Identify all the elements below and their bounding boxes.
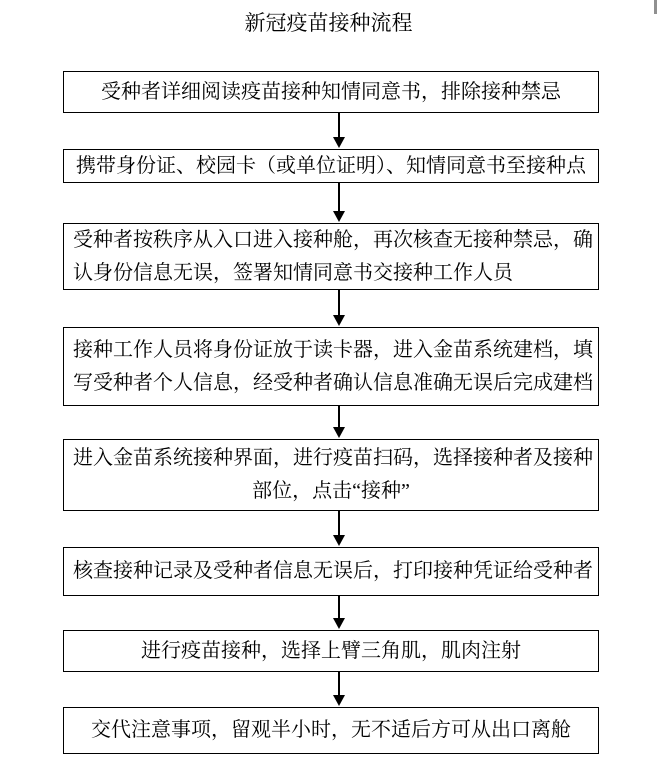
- flow-step-5-text-line-2: 部位，点击“接种”: [73, 475, 589, 508]
- flow-step-8-text: 交代注意事项，留观半小时，无不适后方可从出口离舱: [73, 714, 589, 747]
- flow-step-4-text-line-2: 写受种者个人信息，经受种者确认信息准确无误后完成建档: [73, 367, 589, 400]
- arrow-line: [338, 406, 340, 429]
- arrow-line: [338, 183, 340, 213]
- flow-step-4: 接种工作人员将身份证放于读卡器，进入金苗系统建档，填 写受种者个人信息，经受种者…: [63, 327, 599, 406]
- arrow-line: [338, 596, 340, 620]
- arrow-down-icon: [333, 618, 345, 629]
- flow-step-8: 交代注意事项，留观半小时，无不适后方可从出口离舱: [63, 707, 599, 754]
- flow-arrow-7: [333, 672, 345, 706]
- arrow-down-icon: [333, 211, 345, 222]
- flow-step-7: 进行疫苗接种，选择上臂三角肌，肌肉注射: [63, 630, 599, 672]
- flow-arrow-5: [333, 511, 345, 546]
- flow-step-6-text: 核查接种记录及受种者信息无误后，打印接种凭证给受种者: [73, 555, 589, 588]
- flow-step-4-text-line-1: 接种工作人员将身份证放于读卡器，进入金苗系统建档，填: [73, 334, 589, 367]
- arrow-down-icon: [333, 695, 345, 706]
- flow-step-2-text: 携带身份证、校园卡（或单位证明）、知情同意书至接种点: [73, 150, 589, 183]
- flow-arrow-6: [333, 596, 345, 629]
- flow-arrow-3: [333, 290, 345, 326]
- flow-arrow-2: [333, 183, 345, 222]
- flow-step-2: 携带身份证、校园卡（或单位证明）、知情同意书至接种点: [63, 149, 599, 183]
- flow-step-5: 进入金苗系统接种界面，进行疫苗扫码，选择接种者及接种 部位，点击“接种”: [63, 439, 599, 511]
- arrow-line: [338, 672, 340, 697]
- flow-step-1: 受种者详细阅读疫苗接种知情同意书，排除接种禁忌: [63, 71, 599, 113]
- flow-step-3-text-line-1: 受种者按秩序从入口进入接种舱，再次核查无接种禁忌，确: [73, 224, 589, 257]
- arrow-down-icon: [333, 137, 345, 148]
- flow-step-5-text-line-1: 进入金苗系统接种界面，进行疫苗扫码，选择接种者及接种: [73, 442, 589, 475]
- flowchart-title: 新冠疫苗接种流程: [0, 11, 657, 35]
- arrow-line: [338, 113, 340, 139]
- flow-arrow-1: [333, 113, 345, 148]
- flow-step-1-text: 受种者详细阅读疫苗接种知情同意书，排除接种禁忌: [73, 76, 589, 109]
- arrow-line: [338, 511, 340, 537]
- arrow-line: [338, 290, 340, 317]
- flowchart-page: 新冠疫苗接种流程 受种者详细阅读疫苗接种知情同意书，排除接种禁忌 携带身份证、校…: [0, 0, 657, 776]
- flow-step-7-text: 进行疫苗接种，选择上臂三角肌，肌肉注射: [73, 635, 589, 668]
- arrow-down-icon: [333, 535, 345, 546]
- arrow-down-icon: [333, 427, 345, 438]
- flow-step-3: 受种者按秩序从入口进入接种舱，再次核查无接种禁忌，确 认身份信息无误，签署知情同…: [63, 223, 599, 290]
- flow-step-6: 核查接种记录及受种者信息无误后，打印接种凭证给受种者: [63, 547, 599, 596]
- flow-arrow-4: [333, 406, 345, 438]
- arrow-down-icon: [333, 315, 345, 326]
- flow-step-3-text-line-2: 认身份信息无误，签署知情同意书交接种工作人员: [73, 257, 589, 290]
